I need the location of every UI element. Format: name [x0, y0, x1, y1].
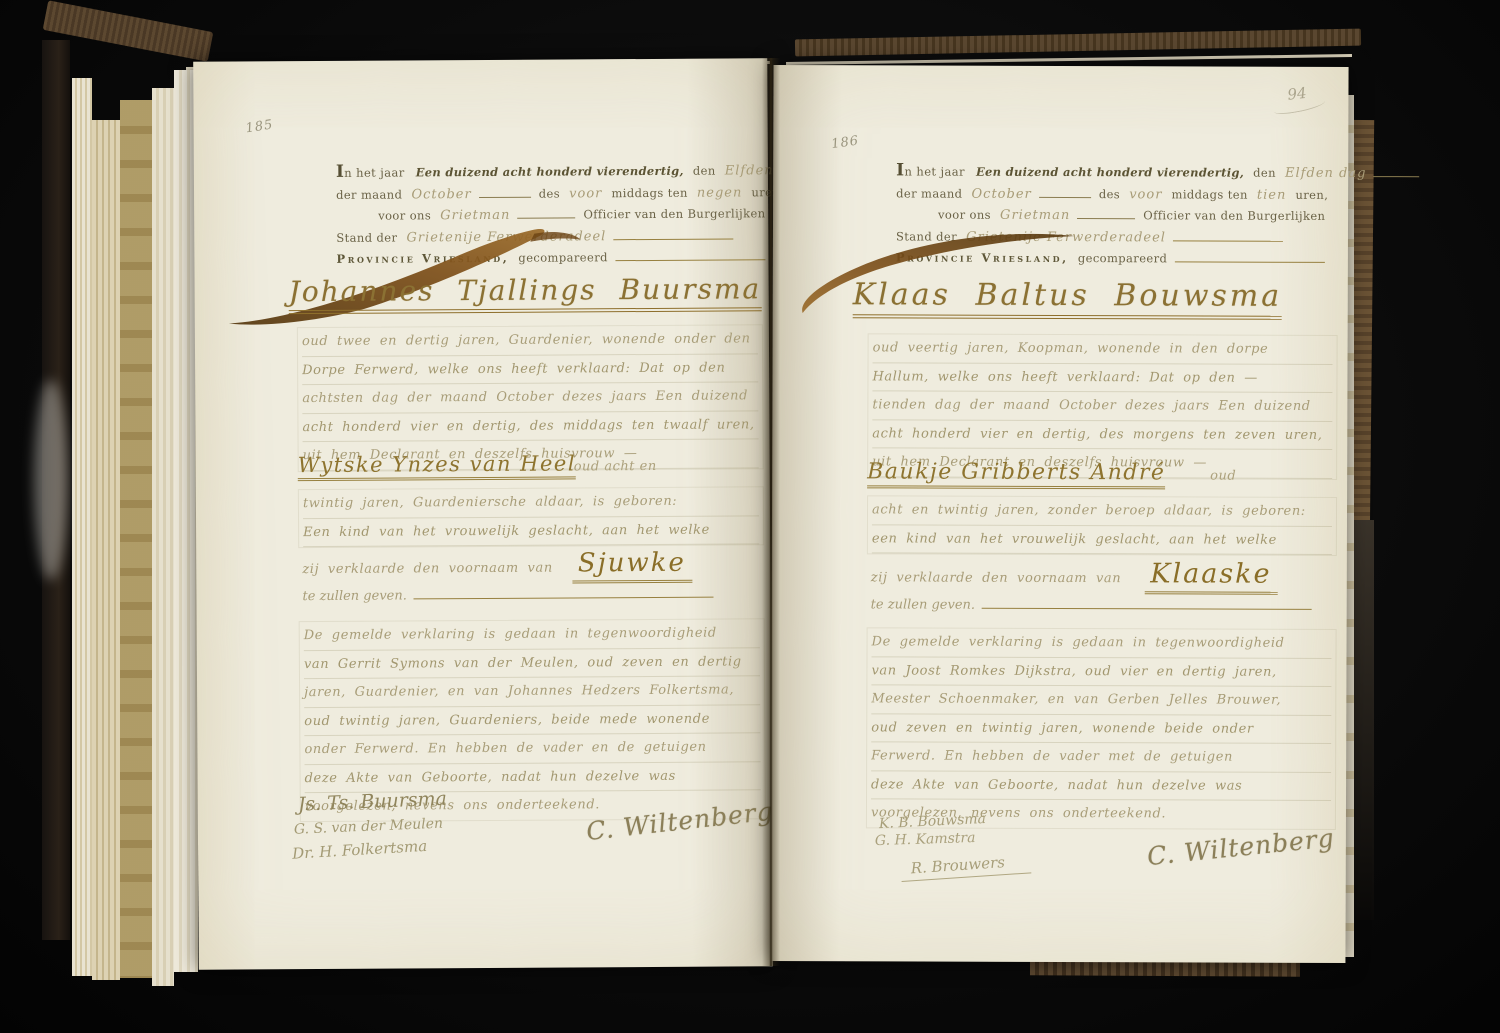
handwritten-text: te zullen geven.: [871, 597, 975, 612]
blank-rule: [616, 249, 766, 261]
page-stack-edge: [120, 100, 152, 978]
form-line-2: der maand October des voor middags ten n…: [336, 180, 772, 204]
blank-rule: [1373, 166, 1419, 177]
printed-text: middags ten: [611, 185, 687, 199]
handwritten-line: oud veertig jaren, Koopman, wonende in d…: [873, 334, 1333, 364]
form-line-1: In het jaar Een duizend acht honderd vie…: [896, 159, 1332, 182]
printed-text: des: [539, 186, 560, 200]
handwritten-line: achtsten dag der maand October dezes jaa…: [302, 382, 758, 413]
printed-text: Stand der: [336, 230, 397, 244]
father-name-calligraphy: Klaas Baltus Bouwsma: [853, 277, 1283, 319]
handwritten-month: October: [411, 187, 471, 202]
handwritten-line: Meester Schoenmaker, en van Gerben Jelle…: [871, 685, 1331, 715]
form-line-4: Stand der Grietenije Ferwerderadeel: [336, 223, 772, 247]
printed-province: Provincie Vriesland,: [896, 250, 1069, 265]
mother-age-text: oud acht en: [574, 459, 657, 475]
blank-rule: [479, 186, 531, 197]
form-line-5: Provincie Vriesland, gecompareerd: [896, 245, 1332, 268]
handwritten-official: Grietman: [1000, 208, 1070, 223]
blank-rule: [414, 587, 714, 600]
handwritten-line: Een kind van het vrouwelijk geslacht, aa…: [303, 516, 759, 547]
underlying-page-edge: [786, 54, 1352, 65]
handwritten-line: een kind van het vrouwelijk geslacht, aa…: [872, 525, 1332, 555]
page-stack-edge: [92, 120, 120, 980]
handwritten-line: acht honderd vier en dertig, des middags…: [302, 411, 758, 442]
handwritten-official: Grietman: [440, 208, 510, 223]
printed-year: Een duizend acht honderd vierendertig,: [416, 164, 684, 180]
blank-rule: [517, 207, 575, 218]
printed-text: den: [1253, 166, 1276, 180]
handwritten-line: acht en twintig jaren, zonder beroep ald…: [872, 496, 1332, 526]
printed-text: In het jaar: [896, 160, 965, 183]
book-cover-top-edge: [795, 29, 1361, 57]
printed-text: des: [1099, 187, 1120, 201]
birth-paragraph: twintig jaren, Guardeniersche aldaar, is…: [298, 486, 764, 548]
child-name-calligraphy: Sjuwke: [572, 548, 692, 584]
handwritten-month: October: [971, 186, 1031, 201]
mother-name: Baukje Gribberts André: [867, 459, 1165, 489]
printed-form-header: In het jaar Een duizend acht honderd vie…: [896, 159, 1332, 268]
form-line-4: Stand der Grietenije Ferwerderadeel: [896, 224, 1332, 247]
form-line-1: In het jaar Een duizend acht honderd vie…: [336, 158, 772, 182]
handwritten-daypart: voor: [569, 186, 602, 201]
photographed-register-book: 185 In het jaar Een duizend acht honderd…: [0, 0, 1500, 1033]
handwritten-line: twintig jaren, Guardeniersche aldaar, is…: [303, 487, 759, 518]
handwritten-line: Dorpe Ferwerd, welke ons heeft verklaard…: [302, 354, 758, 385]
mother-name: Wytske Ynzes van Heel: [298, 451, 577, 481]
child-name-calligraphy: Klaaske: [1144, 558, 1277, 594]
printed-text: voor ons: [378, 208, 431, 222]
register-page-left: 185 In het jaar Een duizend acht honderd…: [193, 58, 773, 969]
handwritten-day: Elfden dag: [1285, 166, 1366, 181]
form-line-5: Provincie Vriesland, gecompareerd: [336, 244, 772, 268]
child-closing-row: te zullen geven.: [871, 597, 1316, 614]
handwritten-line: acht honderd vier en dertig, des morgens…: [872, 420, 1332, 450]
handwritten-line: zij verklaarde den voornaam van: [302, 561, 553, 578]
printed-year: Een duizend acht honderd vierendertig,: [976, 165, 1244, 180]
handwritten-line: oud twee en dertig jaren, Guardenier, wo…: [302, 325, 758, 356]
birth-paragraph: acht en twintig jaren, zonder beroep ald…: [867, 495, 1337, 556]
handwritten-line: Hallum, welke ons heeft verklaard: Dat o…: [872, 363, 1332, 393]
child-name-row: zij verklaarde den voornaam van Klaaske: [871, 557, 1278, 589]
printed-text: voor ons: [938, 208, 991, 222]
handwritten-daypart: voor: [1129, 187, 1162, 202]
blank-rule: [1039, 186, 1091, 197]
form-line-3: voor ons Grietman Officier van den Burge…: [336, 201, 772, 225]
printed-text: der maand: [896, 186, 962, 200]
book-cover-bottom-edge: [1030, 960, 1300, 976]
printed-text: middags ten: [1171, 187, 1247, 201]
folio-number-right: 186: [830, 133, 860, 152]
declaration-paragraph: oud twee en dertig jaren, Guardenier, wo…: [297, 324, 764, 471]
printed-text: der maand: [336, 187, 402, 201]
handwritten-line: oud zeven en twintig jaren, wonende beid…: [871, 714, 1331, 744]
mother-name-text: Baukje Gribberts André: [867, 459, 1165, 485]
blank-rule: [1077, 208, 1135, 219]
handwritten-line: van Joost Romkes Dijkstra, oud vier en d…: [871, 657, 1331, 687]
form-line-3: voor ons Grietman Officier van den Burge…: [896, 202, 1332, 225]
father-name-calligraphy: Johannes Tjallings Buursma: [289, 272, 762, 314]
printed-text: den: [693, 164, 716, 178]
printed-text: gecompareerd: [1078, 251, 1167, 265]
book-gutter: [762, 58, 780, 966]
handwritten-line: oud twintig jaren, Guardeniers, beide me…: [304, 705, 760, 736]
folio-number-left: 185: [245, 117, 275, 136]
handwritten-line: Ferwerd. En hebben de vader met de getui…: [871, 742, 1331, 772]
mother-name-text: Wytske Ynzes van Heel: [298, 451, 576, 477]
handwritten-district: Grietenije Ferwerderadeel: [406, 229, 606, 245]
printed-province: Provincie Vriesland,: [336, 251, 509, 266]
handwritten-text: te zullen geven.: [302, 588, 406, 604]
register-page-right: 186 94 In het jaar Een duizend acht hond…: [770, 65, 1348, 963]
handwritten-line: onder Ferwerd. En hebben de vader en de …: [304, 733, 760, 764]
blank-rule: [1173, 230, 1283, 241]
mother-age-text: oud: [1210, 469, 1236, 484]
signature-witness: R. Brouwers: [900, 851, 1031, 882]
signature-witness: Dr. H. Folkertsma: [292, 837, 428, 863]
printed-text: Stand der: [896, 229, 957, 243]
blank-rule: [613, 228, 733, 240]
page-stack-edge: [152, 88, 174, 986]
background-smudge: [34, 380, 68, 580]
printed-text: uren,: [1295, 187, 1328, 201]
handwritten-hour: negen: [697, 185, 743, 200]
page-stack-edge: [72, 78, 92, 976]
signature-witness: G. H. Kamstra: [875, 830, 976, 849]
handwritten-line: zij verklaarde den voornaam van: [871, 570, 1122, 586]
handwritten-line: deze Akte van Geboorte, nadat hun dezelv…: [871, 771, 1331, 801]
printed-text: Officier van den Burgerlijken: [583, 206, 765, 221]
handwritten-line: van Gerrit Symons van der Meulen, oud ze…: [304, 648, 760, 679]
form-line-2: der maand October des voor middags ten t…: [896, 181, 1332, 204]
printed-text: In het jaar: [336, 161, 405, 184]
printed-text: Officier van den Burgerlijken: [1143, 208, 1325, 223]
signature-officer: C. Wiltenberg: [1146, 823, 1336, 871]
printed-form-header: In het jaar Een duizend acht honderd vie…: [336, 158, 773, 268]
child-closing-row: te zullen geven.: [302, 587, 717, 605]
printed-text: gecompareerd: [518, 250, 608, 265]
handwritten-district: Grietenije Ferwerderadeel: [966, 229, 1166, 245]
handwritten-line: De gemelde verklaring is gedaan in tegen…: [872, 628, 1332, 658]
child-name-row: zij verklaarde den voornaam van Sjuwke: [302, 548, 692, 580]
declaration-paragraph: oud veertig jaren, Koopman, wonende in d…: [867, 333, 1338, 479]
handwritten-line: tienden dag der maand October dezes jaar…: [872, 391, 1332, 421]
witness-paragraph: De gemelde verklaring is gedaan in tegen…: [866, 627, 1337, 829]
handwritten-line: deze Akte van Geboorte, nadat hun dezelv…: [305, 762, 761, 793]
blank-rule: [1175, 251, 1325, 263]
blank-rule: [982, 598, 1312, 610]
handwritten-line: De gemelde verklaring is gedaan in tegen…: [304, 619, 760, 650]
handwritten-hour: tien: [1257, 187, 1287, 202]
handwritten-line: jaren, Guardenier, en van Johannes Hedze…: [304, 676, 760, 707]
